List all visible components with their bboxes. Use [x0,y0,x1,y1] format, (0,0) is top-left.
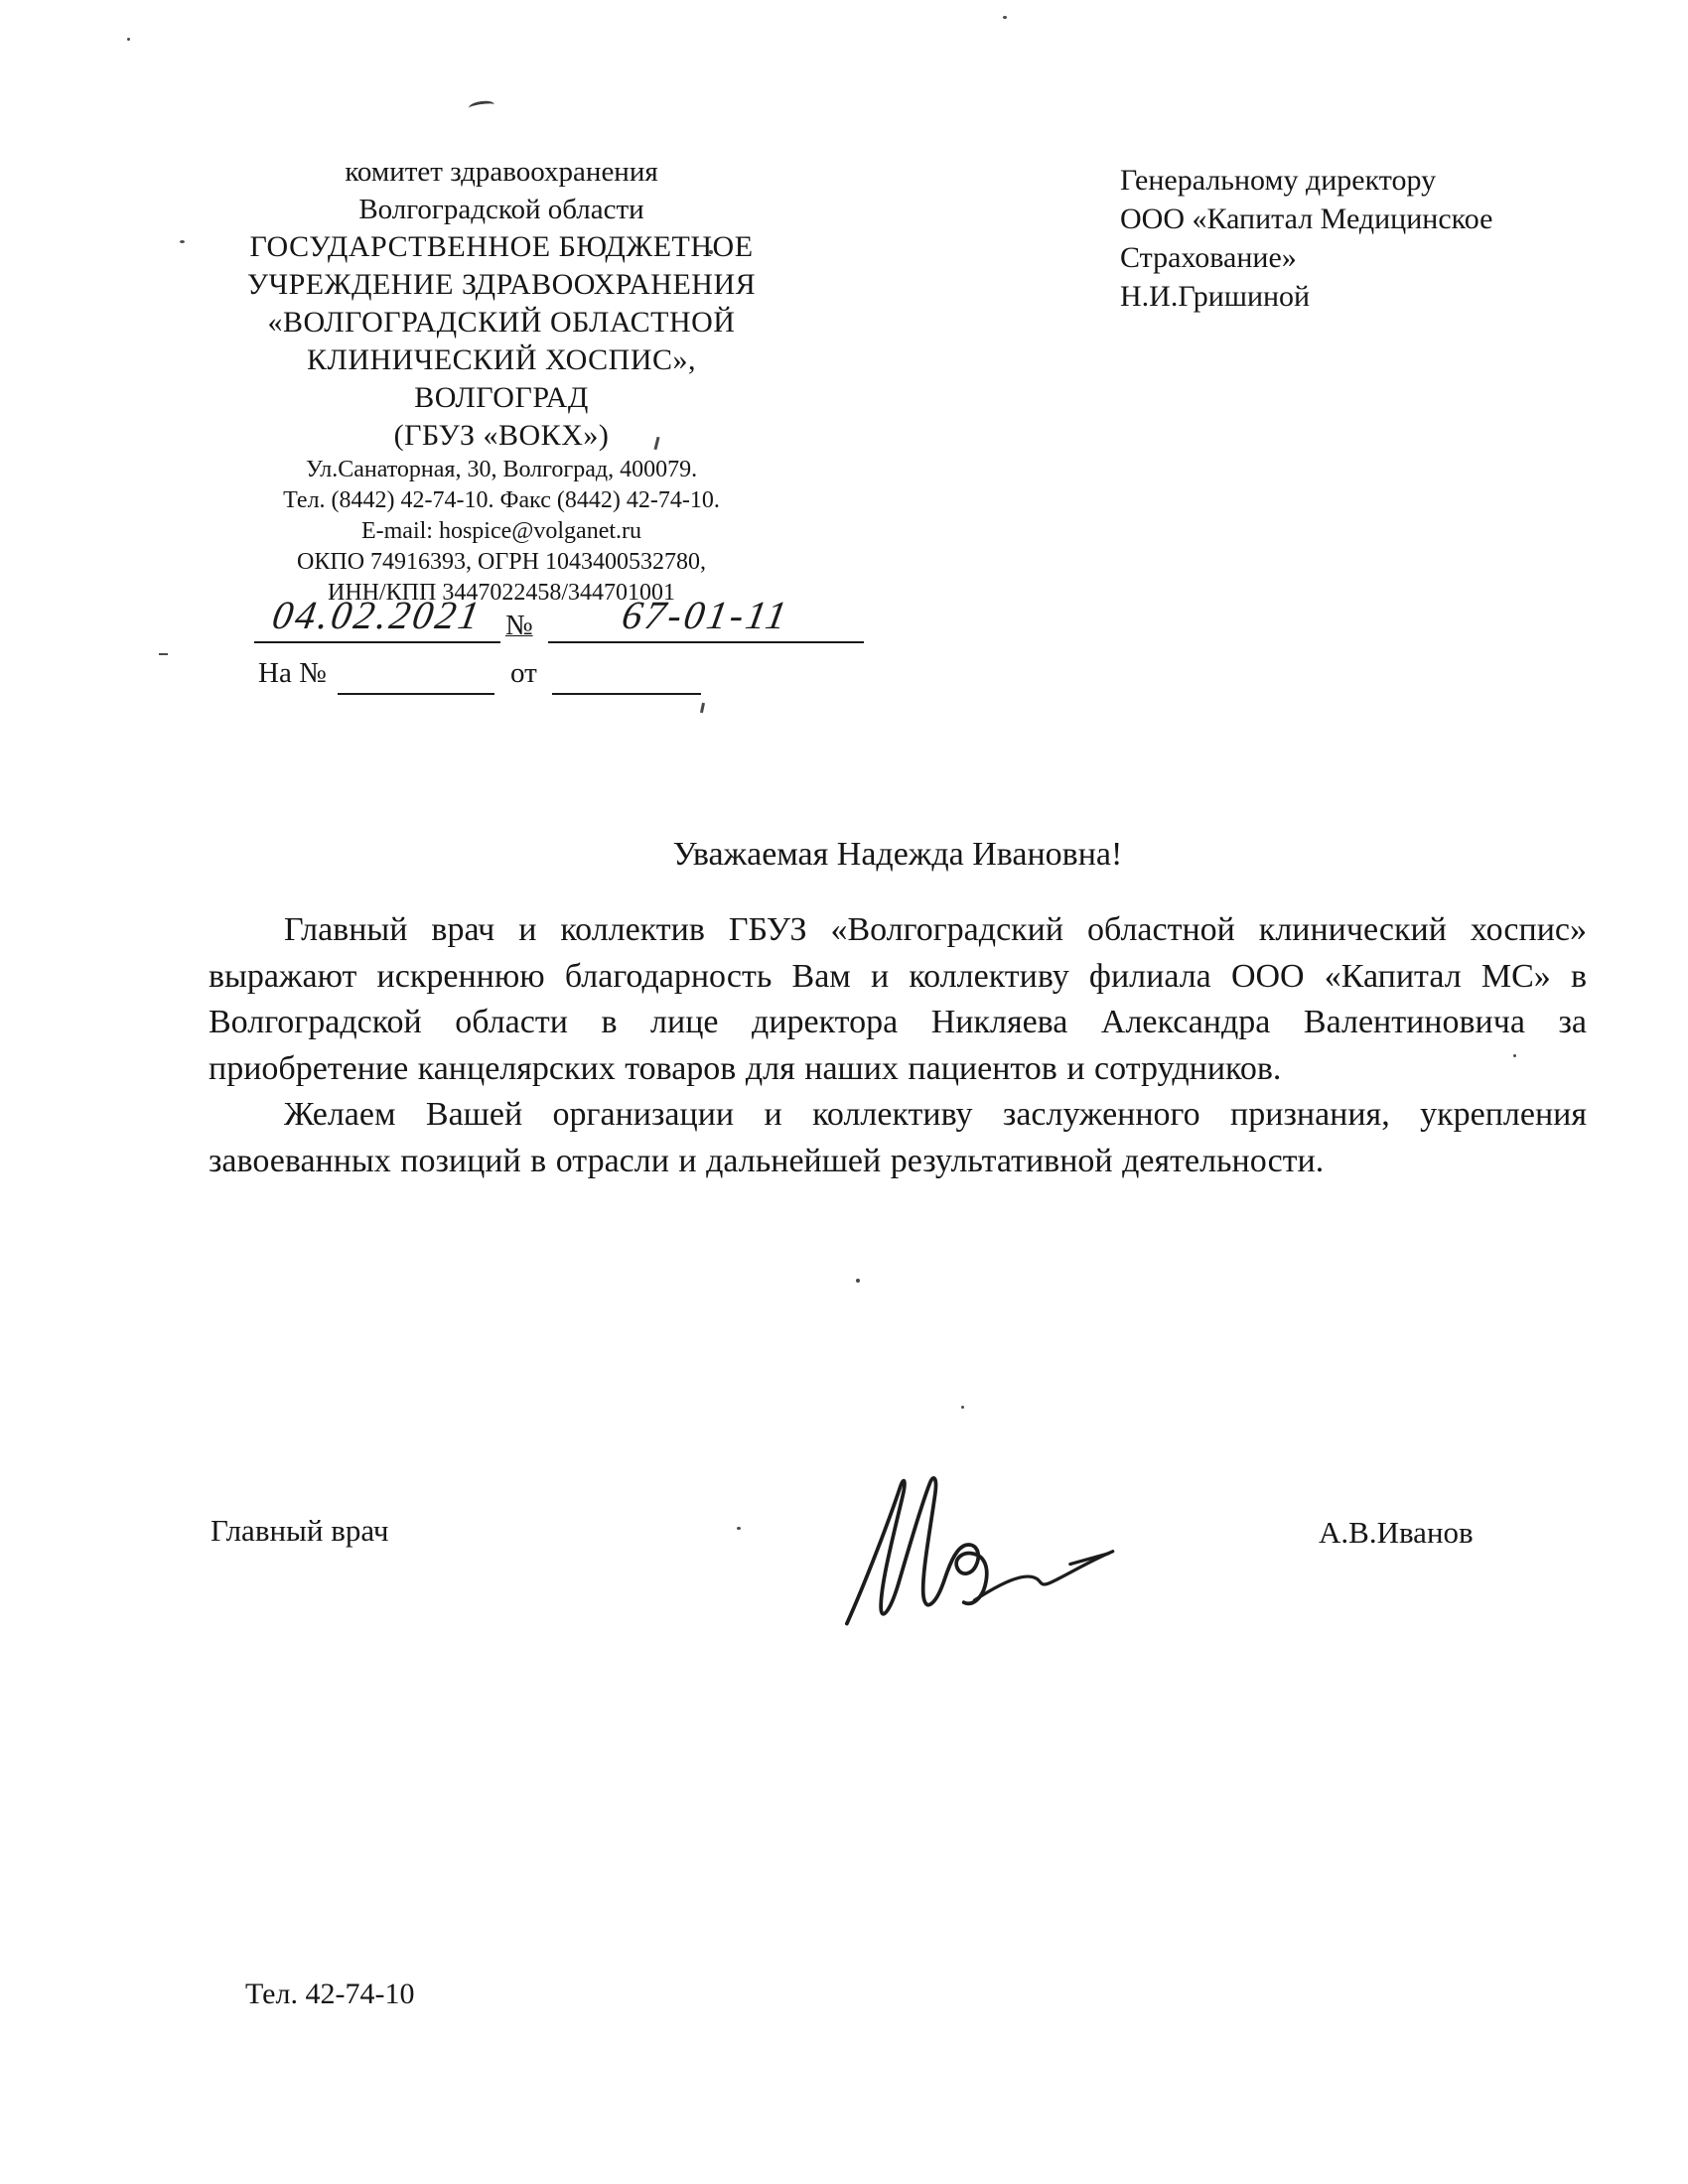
sender-email-line: E-mail: hospice@volganet.ru [139,516,864,547]
scan-artifact [468,99,494,113]
sender-line: ГОСУДАРСТВЕННОЕ БЮДЖЕТНОЕ [139,228,864,266]
sender-okpo-line: ОКПО 74916393, ОГРН 1043400532780, [139,547,864,578]
handwritten-number: 67-01-11 [619,592,793,638]
body-paragraph: Главный врач и коллектив ГБУЗ «Волгоград… [209,907,1587,1092]
body-paragraph: Желаем Вашей организации и коллективу за… [209,1092,1587,1184]
sender-line: (ГБУЗ «ВОКХ») [139,417,864,455]
scan-artifact [127,38,130,41]
scan-artifact [180,240,185,243]
footer-phone: Тел. 42-74-10 [245,1978,414,2011]
scan-artifact [737,1527,741,1530]
number-sign-label: № [505,610,533,642]
sender-letterhead-block: комитет здравоохранения Волгоградской об… [139,153,864,609]
scan-artifact [700,703,705,713]
scan-artifact [1513,1054,1516,1057]
sender-line: КЛИНИЧЕСКИЙ ХОСПИС», [139,341,864,379]
recipient-line: Н.И.Гришиной [1120,277,1597,316]
signer-position-title: Главный врач [211,1513,388,1549]
sender-line: Волгоградской области [139,191,864,228]
recipient-line: ООО «Капитал Медицинское [1120,200,1597,238]
scan-artifact [961,1406,964,1409]
scan-artifact [159,653,168,655]
outgoing-number-field: 67-01-11 [548,588,864,643]
scan-artifact [1003,16,1007,19]
sender-line: ВОЛГОГРАД [139,379,864,417]
sender-line: УЧРЕЖДЕНИЕ ЗДРАВООХРАНЕНИЯ [139,266,864,304]
scanned-letter-page: комитет здравоохранения Волгоградской об… [0,0,1688,2184]
sender-address-line: Ул.Санаторная, 30, Волгоград, 400079. [139,455,864,485]
reply-from-label: от [510,657,537,690]
sender-line: комитет здравоохранения [139,153,864,191]
scan-artifact [709,250,713,254]
outgoing-date-field: 04.02.2021 [254,588,500,643]
letter-body: Главный врач и коллектив ГБУЗ «Волгоград… [209,907,1587,1184]
handwritten-signature [834,1441,1132,1640]
recipient-line: Страхование» [1120,238,1597,277]
sender-line: «ВОЛГОГРАДСКИЙ ОБЛАСТНОЙ [139,304,864,341]
handwritten-date: 04.02.2021 [269,592,486,638]
reply-to-number-label: На № [258,657,327,690]
recipient-block: Генеральному директору ООО «Капитал Меди… [1120,161,1597,316]
sender-phone-line: Тел. (8442) 42-74-10. Факс (8442) 42-74-… [139,485,864,516]
reply-number-blank [338,657,494,695]
scan-artifact [856,1279,860,1283]
salutation: Уважаемая Надежда Ивановна! [209,836,1587,874]
recipient-line: Генеральному директору [1120,161,1597,200]
signer-name: А.В.Иванов [1319,1515,1474,1551]
reply-date-blank [552,657,701,695]
